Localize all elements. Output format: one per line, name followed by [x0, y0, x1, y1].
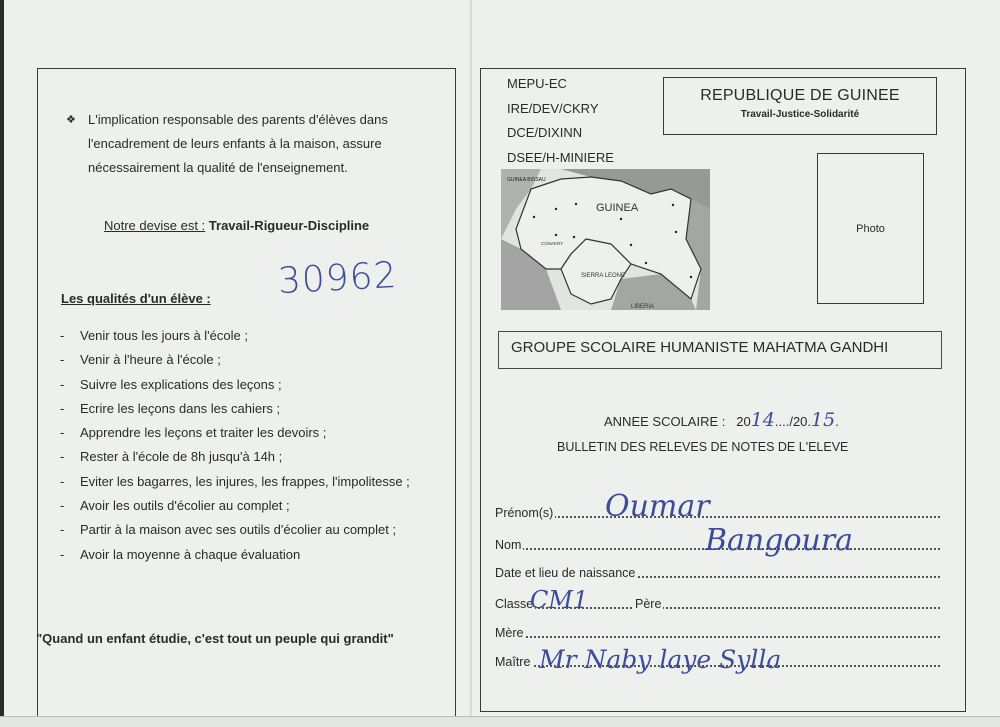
map-label-liberia: LIBERIA [631, 304, 654, 310]
field-label: Mère [495, 626, 525, 640]
dash-bullet: - [60, 348, 80, 372]
field-naissance[interactable]: Date et lieu de naissance [495, 560, 940, 582]
field-value-nom: Bangoura [705, 523, 853, 558]
field-nom[interactable]: Nom Bangoura [495, 532, 940, 554]
quality-item: -Eviter les bagarres, les injures, les f… [60, 470, 410, 494]
school-name-box: GROUPE SCOLAIRE HUMANISTE MAHATMA GANDHI [498, 331, 942, 369]
dash-bullet: - [60, 543, 80, 567]
admin-line: DSEE/H-MINIERE [507, 146, 614, 171]
field-value-classe: CM1 [530, 586, 588, 614]
intro-paragraph: ❖ L'implication responsable des parents … [66, 108, 426, 180]
dash-bullet: - [60, 470, 80, 494]
quality-text: Avoir la moyenne à chaque évaluation [80, 547, 300, 562]
admin-header: MEPU-EC IRE/DEV/CKRY DCE/DIXINN DSEE/H-M… [507, 72, 614, 170]
republic-motto: Travail-Justice-Solidarité [664, 109, 936, 120]
dash-bullet: - [60, 324, 80, 348]
quality-item: -Ecrire les leçons dans les cahiers ; [60, 397, 410, 421]
map-label-guinea: GUINEA [596, 202, 639, 214]
field-value-maitre: Mr Naby laye Sylla [539, 645, 781, 674]
quality-text: Eviter les bagarres, les injures, les fr… [80, 474, 410, 489]
republic-box: REPUBLIQUE DE GUINEE Travail-Justice-Sol… [663, 77, 937, 135]
quality-text: Ecrire les leçons dans les cahiers ; [80, 401, 280, 416]
school-year-label: ANNEE SCOLAIRE : [604, 414, 725, 429]
admin-line: DCE/DIXINN [507, 121, 614, 146]
quality-item: -Venir tous les jours à l'école ; [60, 324, 410, 348]
field-label: Nom [495, 538, 523, 552]
school-year-end: 15 [811, 409, 835, 431]
map-label-conakry: CONAKRY [541, 241, 563, 246]
dash-bullet: - [60, 373, 80, 397]
field-label: Prénom(s) [495, 506, 555, 520]
quality-text: Avoir les outils d'écolier au complet ; [80, 498, 290, 513]
field-label: Maître [495, 655, 532, 669]
photo-label: Photo [856, 223, 885, 235]
guinea-map: GUINEA GUINEA BISSAU SIERRA LEONE LIBERI… [501, 169, 710, 310]
quality-item: -Suivre les explications des leçons ; [60, 373, 410, 397]
field-label: Date et lieu de naissance [495, 566, 637, 580]
map-label-bissau: GUINEA BISSAU [507, 177, 546, 183]
dash-bullet: - [60, 518, 80, 542]
map-label-sierra-leone: SIERRA LEONE [581, 273, 625, 279]
field-classe[interactable]: Classe CM1 Père [495, 591, 940, 613]
quality-text: Venir tous les jours à l'école ; [80, 328, 248, 343]
quality-item: -Apprendre les leçons et traiter les dev… [60, 421, 410, 445]
admin-line: MEPU-EC [507, 72, 614, 97]
quality-text: Suivre les explications des leçons ; [80, 377, 282, 392]
devise-label: Notre devise est : [104, 218, 205, 233]
quality-item: -Partir à la maison avec ses outils d'éc… [60, 518, 410, 542]
field-mere[interactable]: Mère [495, 620, 940, 642]
dash-bullet: - [60, 494, 80, 518]
handwritten-number: 30962 [277, 255, 399, 302]
devise-value: Travail-Rigueur-Discipline [209, 218, 369, 233]
photo-placeholder: Photo [817, 153, 924, 304]
field-value-prenom: Oumar [605, 489, 710, 524]
quality-text: Apprendre les leçons et traiter les devo… [80, 425, 326, 440]
quality-text: Rester à l'école de 8h jusqu'à 14h ; [80, 449, 282, 464]
scan-bottom-edge [0, 716, 1000, 727]
admin-line: IRE/DEV/CKRY [507, 97, 614, 122]
field-maitre[interactable]: Maître Mr Naby laye Sylla [495, 649, 940, 671]
devise: Notre devise est : Travail-Rigueur-Disci… [104, 218, 369, 233]
intro-text: L'implication responsable des parents d'… [66, 108, 426, 180]
quality-item: -Rester à l'école de 8h jusqu'à 14h ; [60, 445, 410, 469]
dash-bullet: - [60, 397, 80, 421]
four-dot-diamond-icon: ❖ [66, 108, 76, 132]
page-fold [470, 0, 472, 727]
quality-item: -Venir à l'heure à l'école ; [60, 348, 410, 372]
republic-title: REPUBLIQUE DE GUINEE [664, 87, 936, 105]
quote: "Quand un enfant étudie, c'est tout un p… [36, 631, 394, 646]
bulletin-title: BULLETIN DES RELEVES DE NOTES DE L'ELEVE [557, 440, 848, 454]
quality-text: Partir à la maison avec ses outils d'éco… [80, 522, 396, 537]
quality-item: -Avoir les outils d'écolier au complet ; [60, 494, 410, 518]
dash-bullet: - [60, 445, 80, 469]
school-year-start: 14 [751, 409, 775, 431]
quality-item: -Avoir la moyenne à chaque évaluation [60, 543, 410, 567]
quality-text: Venir à l'heure à l'école ; [80, 352, 221, 367]
qualities-title: Les qualités d'un élève : [61, 291, 211, 306]
field-label-pere: Père [633, 597, 663, 611]
field-prenom[interactable]: Prénom(s) Oumar [495, 500, 940, 522]
scan-edge [0, 0, 4, 727]
qualities-list: -Venir tous les jours à l'école ;-Venir … [60, 324, 410, 567]
school-year: ANNEE SCOLAIRE : 2014..../20.15. [604, 409, 839, 431]
dash-bullet: - [60, 421, 80, 445]
school-name: GROUPE SCOLAIRE HUMANISTE MAHATMA GANDHI [511, 339, 888, 356]
